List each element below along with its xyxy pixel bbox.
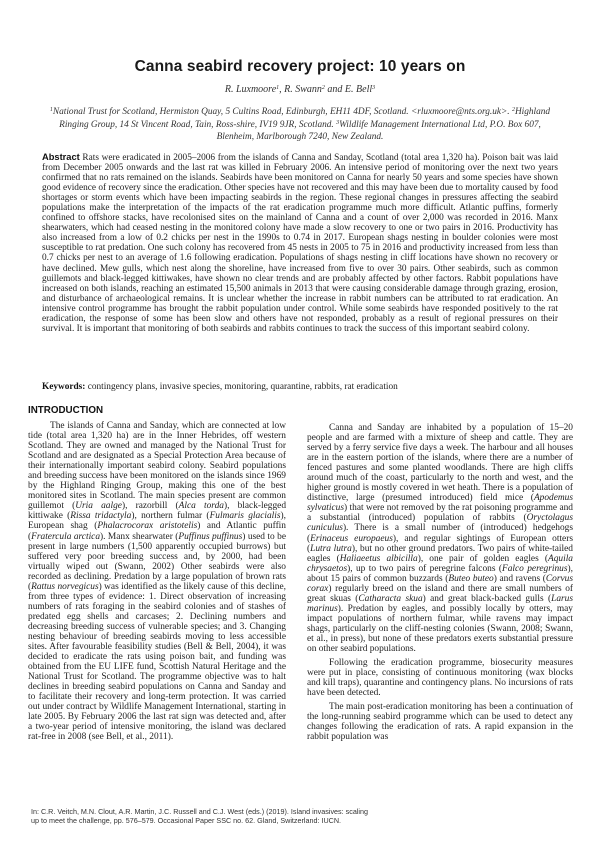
species-name: Falco peregrinus <box>502 564 568 574</box>
body-column-right: Canna and Sanday are inhabited by a popu… <box>307 423 573 742</box>
text-run: ), one pair of golden eagles ( <box>418 554 548 564</box>
author-separator: and <box>325 84 345 95</box>
text-run: ). Predation by eagles, and possibly loc… <box>307 604 573 654</box>
text-run: ), razorbill ( <box>122 501 179 511</box>
species-name: Uria aalge <box>75 501 122 511</box>
author-list: R. Luxmoore1, R. Swann2 and E. Bell3 <box>0 84 600 95</box>
keywords: Keywords: contingency plans, invasive sp… <box>42 382 558 392</box>
species-name: Puffinus puffinus <box>178 532 242 542</box>
species-name: Fratercula arctica <box>31 532 100 542</box>
citation-footer: In: C.R. Veitch, M.N. Clout, A.R. Martin… <box>31 808 471 825</box>
species-name: Buteo buteo <box>448 574 493 584</box>
author-affil-marker: 3 <box>372 85 375 91</box>
text-run: Following the eradication programme, bio… <box>307 658 573 698</box>
species-name: Lutra lutra <box>310 544 352 554</box>
keywords-body: contingency plans, invasive species, mon… <box>85 382 397 392</box>
text-run: The main post-eradication monitoring has… <box>307 702 573 742</box>
abstract: Abstract Rats were eradicated in 2005–20… <box>42 152 558 334</box>
text-run: ) and great black-backed gulls ( <box>423 594 551 604</box>
species-name: Haliaeetus albicilla <box>340 554 418 564</box>
species-name: Fulmaris glacialis <box>210 511 281 521</box>
paper-title: Canna seabird recovery project: 10 years… <box>0 58 600 76</box>
species-name: Catharacta skua <box>358 594 422 604</box>
text-run: ), up to two pairs of peregrine falcons … <box>347 564 502 574</box>
text-run: Canna and Sanday are inhabited by a popu… <box>307 423 573 503</box>
paragraph: Following the eradication programme, bio… <box>307 658 573 698</box>
text-run: ). Manx shearwater ( <box>100 532 178 542</box>
keywords-label: Keywords: <box>42 382 85 392</box>
citation-line: up to meet the challenge, pp. 576–579. O… <box>31 817 471 826</box>
paragraph: The main post-eradication monitoring has… <box>307 702 573 742</box>
author-name: R. Luxmoore <box>225 84 276 95</box>
species-name: Rattus norvegicus <box>31 582 99 592</box>
affiliation-text: National Trust for Scotland, Hermiston Q… <box>53 107 512 117</box>
body-column-left: The islands of Canna and Sanday, which a… <box>28 421 286 743</box>
text-run: The islands of Canna and Sanday, which a… <box>28 421 286 511</box>
text-run: ) was identified as the likely cause of … <box>28 582 286 743</box>
paragraph: The islands of Canna and Sanday, which a… <box>28 421 286 743</box>
species-name: Phalacrocorax aristotelis <box>97 521 197 531</box>
text-run: ), northern fulmar ( <box>131 511 209 521</box>
abstract-label: Abstract <box>42 152 80 162</box>
species-name: Erinaceus europaeus <box>310 534 393 544</box>
author-name: R. Swann <box>284 84 322 95</box>
author-name: E. Bell <box>345 84 372 95</box>
abstract-body: Rats were eradicated in 2005–2006 from t… <box>42 153 558 334</box>
text-run: ) and ravens ( <box>494 574 546 584</box>
species-name: Rissa tridactyla <box>70 511 131 521</box>
affiliations: 1National Trust for Scotland, Hermiston … <box>46 106 554 144</box>
section-heading-introduction: INTRODUCTION <box>28 405 103 416</box>
species-name: Alca torda <box>179 501 224 511</box>
paragraph: Canna and Sanday are inhabited by a popu… <box>307 423 573 654</box>
